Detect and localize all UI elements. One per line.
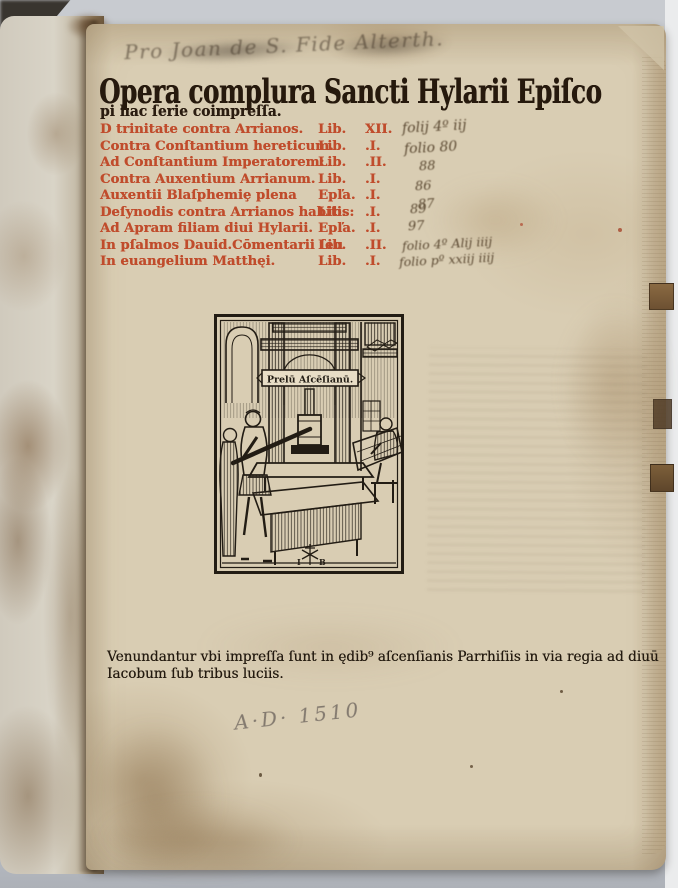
foxing-speck — [470, 765, 473, 768]
clasp-strap-top — [649, 283, 674, 310]
book-count: .II. — [365, 155, 400, 172]
marginal-note: 88 — [419, 159, 436, 175]
paper-stain — [96, 802, 296, 877]
book-count: .I. — [365, 205, 400, 222]
work-title: Auxentii Blaſphemiȩ plena — [100, 188, 318, 205]
work-unit: Lib. — [318, 155, 365, 172]
marginal-note: folij 4º iij — [402, 117, 467, 136]
book-count: .II. — [365, 238, 400, 255]
work-unit: Lib. — [318, 172, 365, 189]
work-unit: Epľa. — [318, 221, 365, 238]
book-photograph: Pro Joan de S. Fide Alterth. Opera compl… — [0, 0, 678, 888]
work-unit: Lib. — [318, 139, 365, 156]
contents-row: D trinitate contra Arrianos. Lib. XII. — [100, 122, 400, 139]
book-count: XII. — [365, 122, 400, 139]
work-title: Deſynodis contra Arrianos habitis: — [100, 205, 318, 222]
contents-row: Contra Conſtantium hereticum. Lib. .I. — [100, 139, 400, 156]
work-unit: Lib. — [318, 122, 365, 139]
contents-row: In euangelium Matthęi. Lib. .I. — [100, 254, 400, 271]
monogram-letter-b: B — [319, 557, 326, 567]
foxing-speck — [259, 773, 262, 777]
title-line-2: pi hac ſerie coimpreſſa. — [100, 102, 281, 120]
work-title: In euangelium Matthęi. — [100, 254, 318, 271]
device-banner-label: Prelū Aſcēſianū. — [267, 375, 353, 386]
imprint-line-1: Venundantur vbi impreſſa ſunt in ędib⁹ a… — [107, 649, 663, 666]
contents-row: Ad Apram filiam diui Hylarii. Epľa. .I. — [100, 221, 400, 238]
work-unit: Epľa. — [318, 188, 365, 205]
marginal-note: folio 80 — [404, 139, 458, 158]
book-count: .I. — [365, 139, 400, 156]
book-count: .I. — [365, 172, 400, 189]
monogram-letter-i: I — [297, 557, 301, 567]
work-unit: Lib. — [318, 254, 365, 271]
printing-press-illustration: Prelū Aſcēſianū. — [213, 313, 405, 579]
work-title: Contra Conſtantium hereticum. — [100, 139, 318, 156]
work-title: Ad Apram filiam diui Hylarii. — [100, 221, 318, 238]
contents-list: D trinitate contra Arrianos. Lib. XII. C… — [100, 122, 400, 271]
contents-row: Auxentii Blaſphemiȩ plena Epľa. .I. — [100, 188, 400, 205]
book-count: .I. — [365, 254, 400, 271]
clasp-strap-lower — [650, 464, 674, 492]
work-unit: Lib. — [318, 205, 365, 222]
book-count: .I. — [365, 221, 400, 238]
marginal-note: 89 — [410, 202, 427, 218]
marginal-note: 86 — [415, 179, 432, 195]
book-count: .I. — [365, 188, 400, 205]
verso-show-through — [427, 347, 647, 593]
work-title: Ad Conſtantium Imperatorem: — [100, 155, 318, 172]
printers-device-woodcut: Prelū Aſcēſianū. — [213, 313, 405, 579]
ink-speck — [520, 223, 523, 226]
contents-row: In pſalmos Dauid.Cōmentarii ſeu Lib. .II… — [100, 238, 400, 255]
work-title: Contra Auxentium Arrianum. — [100, 172, 318, 189]
backdrop — [665, 0, 678, 888]
ink-speck — [618, 228, 622, 232]
contents-row: Deſynodis contra Arrianos habitis: Lib. … — [100, 205, 400, 222]
work-title: D trinitate contra Arrianos. — [100, 122, 318, 139]
imprint-colophon: Venundantur vbi impreſſa ſunt in ędib⁹ a… — [107, 649, 663, 683]
work-title: In pſalmos Dauid.Cōmentarii ſeu — [100, 238, 318, 255]
contents-row: Contra Auxentium Arrianum. Lib. .I. — [100, 172, 400, 189]
imprint-line-2: Iacobum ſub tribus luciis. — [107, 666, 663, 683]
contents-row: Ad Conſtantium Imperatorem: Lib. .II. — [100, 155, 400, 172]
work-unit: Lib. — [318, 238, 365, 255]
foxing-speck — [560, 690, 563, 693]
marginal-note: 97 — [408, 219, 425, 235]
